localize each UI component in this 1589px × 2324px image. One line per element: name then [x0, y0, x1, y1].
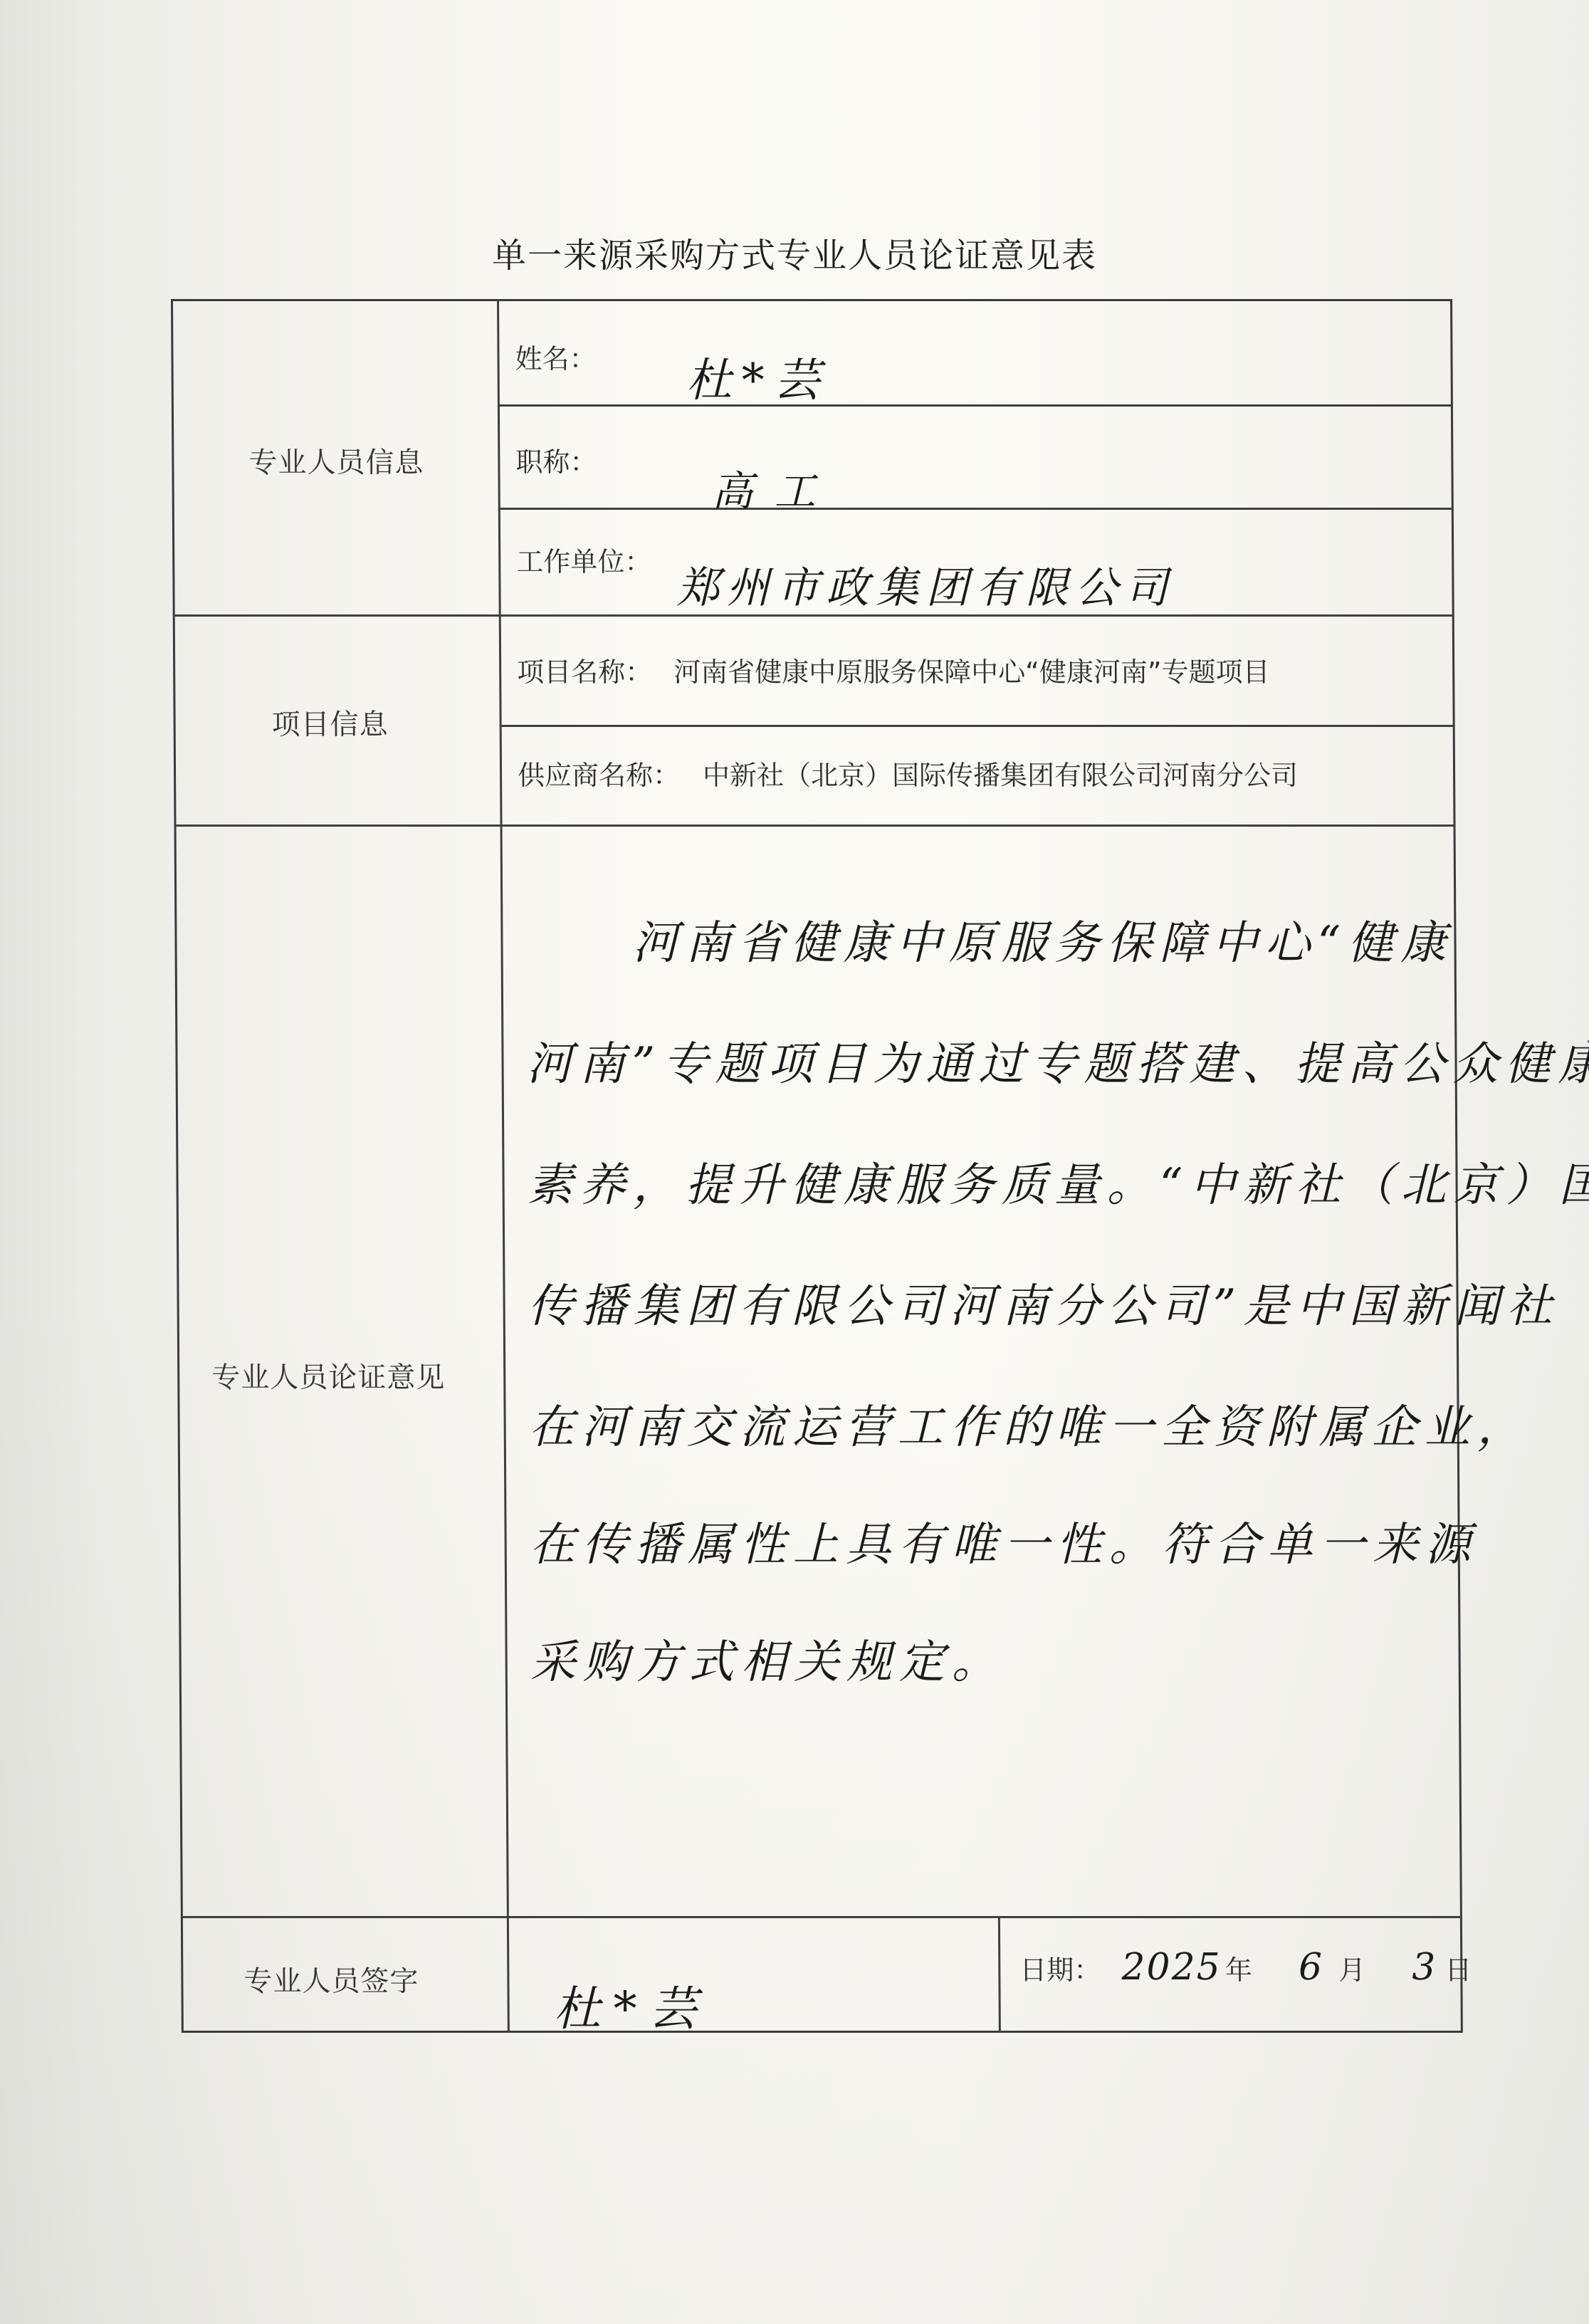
date-field: 日期： 2025 年 6 月 3 日 [1019, 1946, 1472, 1989]
opinion-form-table: 专业人员信息 姓名： 杜*芸 职称： 高工 工作单位： 郑州市政集团有限公司 项… [171, 299, 1463, 2033]
date-day-unit: 日 [1444, 1954, 1472, 1986]
date-cell-divider [998, 1916, 1001, 2033]
work-unit-label: 工作单位： [516, 540, 651, 579]
opinion-line-7: 采购方式相关规定。 [530, 1626, 1005, 1691]
column-divider [497, 301, 510, 2033]
name-value: 杜*芸 [686, 344, 830, 409]
supplier-name-value: 中新社（北京）国际传播集团有限公司河南分公司 [703, 753, 1298, 792]
date-year-unit: 年 [1225, 1954, 1252, 1986]
work-unit-value: 郑州市政集团有限公司 [676, 554, 1175, 615]
project-info-label: 项目信息 [271, 702, 388, 743]
signature-label: 专业人员签字 [243, 1959, 419, 1999]
supplier-name-label: 供应商名称： [518, 753, 680, 792]
opinion-line-4: 传播集团有限公司河南分公司”是中国新闻社 [528, 1270, 1559, 1335]
project-name-value: 河南省健康中原服务保障中心“健康河南”专题项目 [673, 650, 1270, 689]
opinion-line-2: 河南”专题项目为通过专题搭建、提高公众健康 [526, 1027, 1589, 1093]
project-name-label: 项目名称： [517, 650, 652, 689]
opinion-label: 专业人员论证意见 [211, 1355, 445, 1396]
date-label: 日期： [1019, 1954, 1101, 1986]
row-divider-title [498, 508, 1454, 510]
date-year: 2025 [1121, 1946, 1222, 1989]
row-divider-name [498, 404, 1453, 407]
date-month-unit: 月 [1338, 1954, 1365, 1986]
opinion-line-3: 素养，提升健康服务质量。“中新社（北京）国际 [527, 1148, 1589, 1214]
job-title-label: 职称： [515, 440, 597, 479]
signature-value: 杜*芸 [553, 1971, 710, 2038]
document-title: 单一来源采购方式专业人员论证意见表 [0, 228, 1589, 277]
expert-info-label: 专业人员信息 [248, 440, 424, 481]
opinion-line-6: 在传播属性上具有唯一性。符合单一来源 [529, 1508, 1478, 1574]
name-label: 姓名： [515, 337, 596, 376]
date-day: 3 [1412, 1946, 1441, 1989]
row-divider-project [500, 725, 1455, 727]
opinion-line-1: 河南省健康中原服务保障中心“健康 [632, 906, 1453, 972]
section-divider-project [177, 825, 1456, 827]
job-title-value: 高工 [711, 458, 837, 518]
section-divider-opinion [183, 1916, 1462, 1918]
date-month: 6 [1299, 1946, 1328, 1989]
opinion-line-5: 在河南交流运营工作的唯一全资附属企业， [528, 1391, 1530, 1456]
